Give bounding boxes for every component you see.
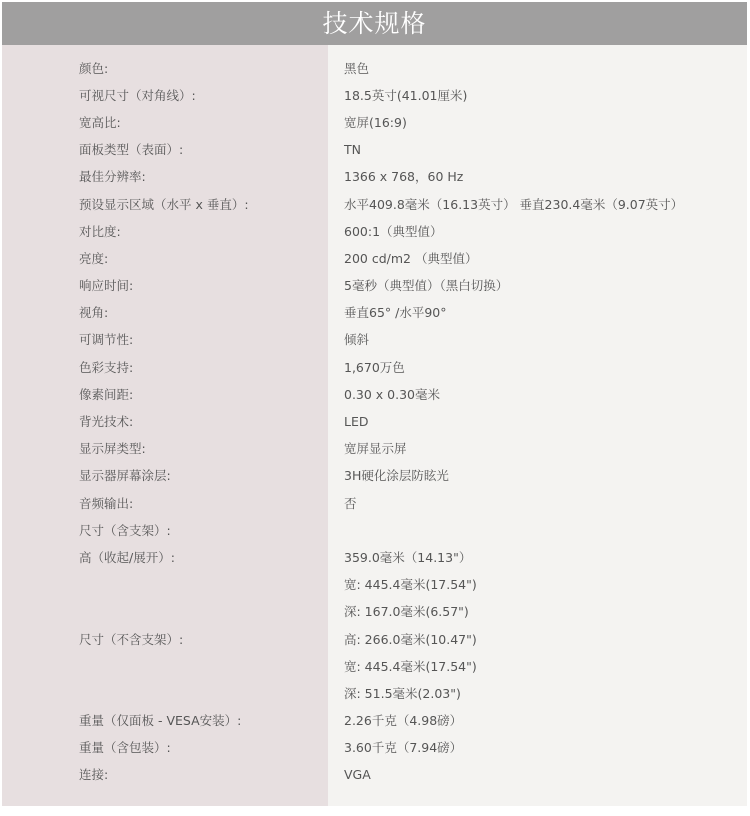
spec-value: 5毫秒（典型值）（黑白切换） [344, 276, 508, 294]
spec-rows: 颜色: 黑色 可视尺寸（对角线）: 18.5英寸(41.01厘米) 宽高比: 宽… [2, 54, 747, 788]
spec-value: 深: 51.5毫米(2.03") [344, 684, 461, 702]
spec-label: 背光技术: [2, 412, 342, 430]
spec-row-contrast: 对比度: 600:1（典型值） [2, 217, 747, 244]
spec-label: 宽高比: [2, 113, 342, 131]
spec-row-pixel-pitch: 像素间距: 0.30 x 0.30毫米 [2, 380, 747, 407]
spec-row-height-collapsed-extended: 高（收起/展开）: 359.0毫米（14.13"） [2, 543, 747, 570]
spec-value: 水平409.8毫米（16.13英寸） 垂直230.4毫米（9.07英寸） [344, 195, 683, 213]
spec-row-resolution: 最佳分辨率: 1366 x 768，60 Hz [2, 163, 747, 190]
spec-value: 2.26千克（4.98磅） [344, 711, 462, 729]
spec-row-depth-without-stand: 深: 51.5毫米(2.03") [2, 679, 747, 706]
spec-value: 否 [344, 494, 357, 512]
spec-label: 尺寸（不含支架）: [2, 630, 342, 648]
spec-row-color: 颜色: 黑色 [2, 54, 747, 81]
spec-row-dimensions-with-stand: 尺寸（含支架）: [2, 516, 747, 543]
spec-label: 显示器屏幕涂层: [2, 466, 342, 484]
spec-label: 预设显示区域（水平 x 垂直）: [2, 195, 342, 213]
spec-row-color-support: 色彩支持: 1,670万色 [2, 353, 747, 380]
spec-row-viewable-size: 可视尺寸（对角线）: 18.5英寸(41.01厘米) [2, 81, 747, 108]
spec-value: 垂直65° /水平90° [344, 303, 447, 321]
spec-label: 可调节性: [2, 330, 342, 348]
spec-row-display-type: 显示屏类型: 宽屏显示屏 [2, 435, 747, 462]
spec-label: 可视尺寸（对角线）: [2, 86, 342, 104]
spec-value: 宽屏(16:9) [344, 113, 407, 131]
spec-table: 颜色: 黑色 可视尺寸（对角线）: 18.5英寸(41.01厘米) 宽高比: 宽… [2, 45, 747, 806]
spec-value: 200 cd/m2 （典型值） [344, 249, 477, 267]
spec-header: 技术规格 [2, 2, 747, 45]
spec-row-screen-coating: 显示器屏幕涂层: 3H硬化涂层防眩光 [2, 462, 747, 489]
spec-value: 0.30 x 0.30毫米 [344, 385, 440, 403]
spec-label: 色彩支持: [2, 358, 342, 376]
spec-value: 宽屏显示屏 [344, 439, 407, 457]
spec-row-adjustability: 可调节性: 倾斜 [2, 326, 747, 353]
spec-label: 面板类型（表面）: [2, 140, 342, 158]
spec-value: 倾斜 [344, 330, 369, 348]
spec-label: 音频输出: [2, 494, 342, 512]
page-title: 技术规格 [322, 2, 426, 45]
spec-row-backlight: 背光技术: LED [2, 407, 747, 434]
spec-label: 视角: [2, 303, 342, 321]
spec-row-display-area: 预设显示区域（水平 x 垂直）: 水平409.8毫米（16.13英寸） 垂直23… [2, 190, 747, 217]
spec-row-audio-output: 音频输出: 否 [2, 489, 747, 516]
spec-label: 高（收起/展开）: [2, 548, 342, 566]
spec-label: 重量（含包装）: [2, 738, 342, 756]
spec-value: 3H硬化涂层防眩光 [344, 466, 449, 484]
spec-value: 深: 167.0毫米(6.57") [344, 602, 469, 620]
spec-value: TN [344, 142, 361, 157]
spec-label: 连接: [2, 765, 342, 783]
spec-label: 重量（仅面板 - VESA安装）: [2, 711, 342, 729]
spec-label: 显示屏类型: [2, 439, 342, 457]
spec-value: VGA [344, 767, 371, 782]
spec-row-connectivity: 连接: VGA [2, 761, 747, 788]
spec-row-aspect-ratio: 宽高比: 宽屏(16:9) [2, 108, 747, 135]
spec-row-panel-type: 面板类型（表面）: TN [2, 136, 747, 163]
spec-row-viewing-angle: 视角: 垂直65° /水平90° [2, 299, 747, 326]
spec-row-width-with-stand: 宽: 445.4毫米(17.54") [2, 571, 747, 598]
spec-label: 像素间距: [2, 385, 342, 403]
spec-value: LED [344, 414, 369, 429]
spec-label: 颜色: [2, 59, 342, 77]
spec-value: 600:1（典型值） [344, 222, 443, 240]
spec-panel: 技术规格 颜色: 黑色 可视尺寸（对角线）: 18.5英寸(41.01厘米) 宽… [2, 2, 747, 806]
spec-value: 18.5英寸(41.01厘米) [344, 86, 467, 104]
spec-row-weight-with-packaging: 重量（含包装）: 3.60千克（7.94磅） [2, 734, 747, 761]
spec-row-brightness: 亮度: 200 cd/m2 （典型值） [2, 244, 747, 271]
spec-label: 响应时间: [2, 276, 342, 294]
spec-label: 尺寸（含支架）: [2, 521, 342, 539]
spec-value: 1,670万色 [344, 358, 405, 376]
spec-row-width-without-stand: 宽: 445.4毫米(17.54") [2, 652, 747, 679]
spec-row-weight-panel-only: 重量（仅面板 - VESA安装）: 2.26千克（4.98磅） [2, 707, 747, 734]
spec-label: 对比度: [2, 222, 342, 240]
spec-value: 359.0毫米（14.13"） [344, 548, 471, 566]
spec-value: 宽: 445.4毫米(17.54") [344, 575, 477, 593]
spec-row-response-time: 响应时间: 5毫秒（典型值）（黑白切换） [2, 272, 747, 299]
spec-label: 最佳分辨率: [2, 167, 342, 185]
spec-row-dimensions-without-stand: 尺寸（不含支架）: 高: 266.0毫米(10.47") [2, 625, 747, 652]
spec-value: 3.60千克（7.94磅） [344, 738, 462, 756]
spec-value: 1366 x 768，60 Hz [344, 167, 463, 185]
spec-label: 亮度: [2, 249, 342, 267]
spec-value: 黑色 [344, 59, 369, 77]
spec-row-depth-with-stand: 深: 167.0毫米(6.57") [2, 598, 747, 625]
spec-value: 宽: 445.4毫米(17.54") [344, 657, 477, 675]
spec-value: 高: 266.0毫米(10.47") [344, 630, 477, 648]
